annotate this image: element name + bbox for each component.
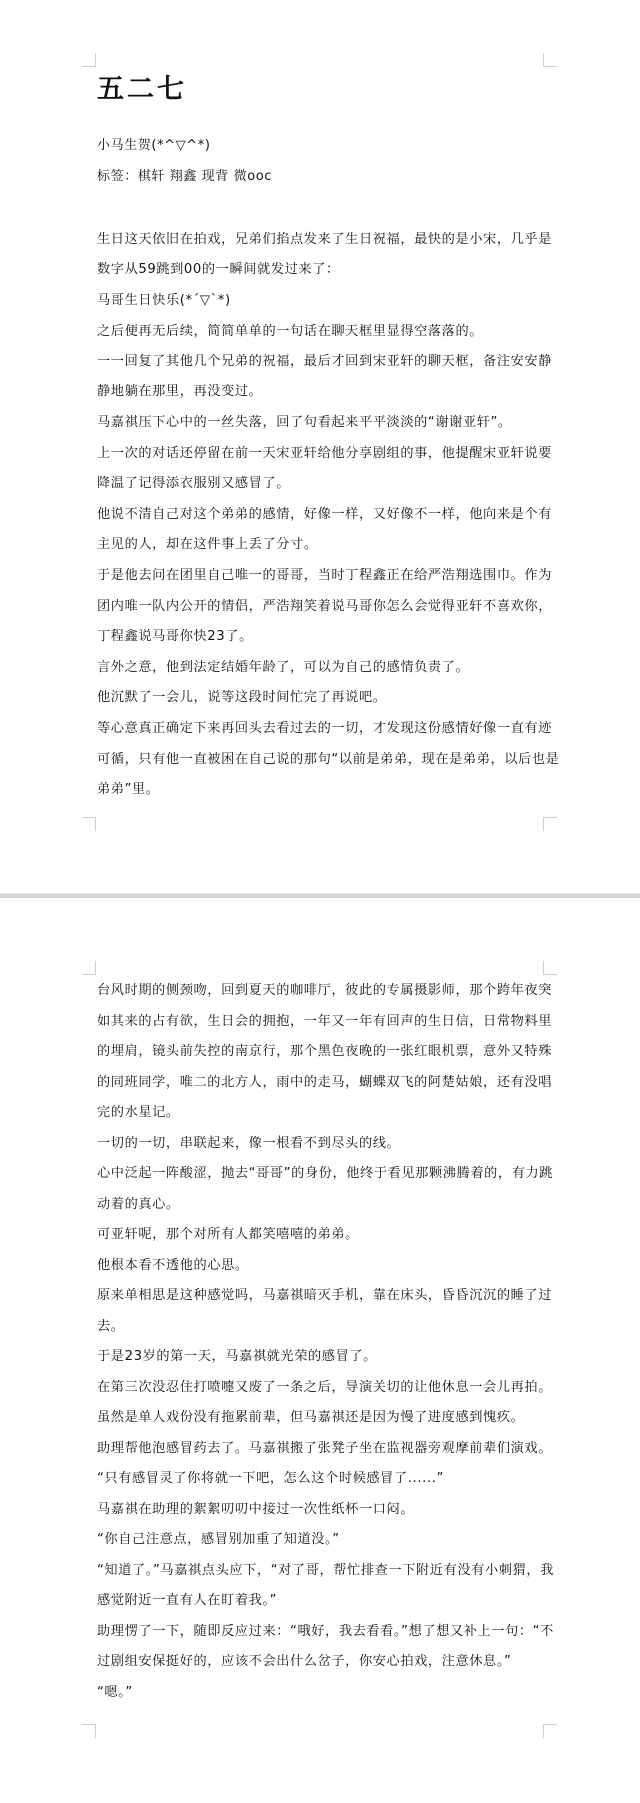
paragraph-line: 他根本看不透他的心思。: [97, 1256, 547, 1276]
page-corner-mark-bottom-left: [82, 1724, 96, 1738]
paragraph-line: 如其来的占有欲，生日会的拥抱，一年又一年有回声的生日信，日常物料里: [97, 1012, 547, 1032]
paragraph-line: 于是23岁的第一天，马嘉祺就光荣的感冒了。: [97, 1347, 547, 1367]
paragraph-line: 过剧组安保挺好的，应该不会出什么岔子，你安心拍戏，注意休息。”: [97, 1652, 547, 1672]
paragraph-line: 弟弟”里。: [97, 780, 547, 800]
paragraph-line: 言外之意，他到法定结婚年龄了，可以为自己的感情负责了。: [97, 658, 547, 678]
paragraph-line: 马嘉祺压下心中的一丝失落，回了句看起来平平淡淡的“谢谢亚轩”。: [97, 413, 547, 433]
paragraph-line: 去。: [97, 1317, 547, 1337]
paragraph-line: 等心意真正确定下来再回头去看过去的一切，才发现这份感情好像一直有迹: [97, 719, 547, 739]
page-corner-mark-bottom-right: [543, 1724, 557, 1738]
paragraph-line: 之后便再无后续，简简单单的一句话在聊天框里显得空落落的。: [97, 322, 547, 342]
paragraph-line: 感觉附近一直有人在盯着我。”: [97, 1591, 547, 1611]
paragraph-line: “只有感冒灵了你将就一下吧，怎么这个时候感冒了......”: [97, 1469, 547, 1489]
paragraph-line: 助理帮他泡感冒药去了。马嘉祺搬了张凳子坐在监视器旁观摩前辈们演戏。: [97, 1439, 547, 1459]
paragraph-line: 的埋肩，镜头前失控的南京行，那个黑色夜晚的一张红眼机票，意外又特殊: [97, 1042, 547, 1062]
paragraph-line: 虽然是单人戏份没有拖累前辈，但马嘉祺还是因为慢了进度感到愧疚。: [97, 1408, 547, 1428]
paragraph-line: 他说不清自己对这个弟弟的感情，好像一样，又好像不一样，他向来是个有: [97, 505, 547, 525]
document-page-1: 五二七 小马生贺(*^▽^*) 标签：棋轩 翔鑫 现背 微ooc 生日这天依旧在…: [0, 0, 640, 893]
paragraph-line: 可循，只有他一直被困在自己说的那句“以前是弟弟，现在是弟弟，以后也是: [97, 750, 547, 770]
paragraph-line: 上一次的对话还停留在前一天宋亚轩给他分享剧组的事，他提醒宋亚轩说要: [97, 444, 547, 464]
paragraph-line: 马哥生日快乐(*ˊ▽ˋ*): [97, 291, 547, 311]
paragraph-line: 心中泛起一阵酸涩，抛去“哥哥”的身份，他终于看见那颗沸腾着的，有力跳: [97, 1164, 547, 1184]
paragraph-line: 一一回复了其他几个兄弟的祝福，最后才回到宋亚轩的聊天框，备注安安静: [97, 352, 547, 372]
paragraph-line: 降温了记得添衣服别又感冒了。: [97, 474, 547, 494]
page-corner-mark-top-right: [543, 961, 557, 975]
page-corner-mark-top-left: [82, 961, 96, 975]
paragraph-line: “知道了。”马嘉祺点头应下，“对了哥，帮忙排查一下附近有没有小刺猬，我: [97, 1561, 547, 1581]
page-corner-mark-top-left: [82, 53, 96, 67]
paragraph-line: 主见的人，却在这件事上丢了分寸。: [97, 535, 547, 555]
paragraph-line: 他沉默了一会儿，说等这段时间忙完了再说吧。: [97, 688, 547, 708]
document-tags: 标签：棋轩 翔鑫 现背 微ooc: [97, 167, 547, 187]
paragraph-line: 动着的真心。: [97, 1195, 547, 1215]
paragraph-line: 生日这天依旧在拍戏，兄弟们掐点发来了生日祝福，最快的是小宋，几乎是: [97, 230, 547, 250]
paragraph-line: 完的水星记。: [97, 1103, 547, 1123]
paragraph-line: 一切的一切，串联起来，像一根看不到尽头的线。: [97, 1134, 547, 1154]
paragraph-line: 马嘉祺在助理的絮絮叨叨中接过一次性纸杯一口闷。: [97, 1500, 547, 1520]
paragraph-line: 原来单相思是这种感觉吗，马嘉祺暗灭手机，靠在床头，昏昏沉沉的睡了过: [97, 1286, 547, 1306]
document-page-2: 台风时期的侧颈吻，回到夏天的咖啡厅，彼此的专属摄影师，那个跨年夜突 如其来的占有…: [0, 898, 640, 1803]
document-subtitle: 小马生贺(*^▽^*): [97, 136, 547, 156]
paragraph-line: 团内唯一队内公开的情侣，严浩翔笑着说马哥你怎么会觉得亚轩不喜欢你，: [97, 597, 547, 617]
paragraph-line: 在第三次没忍住打喷嚏又废了一条之后，导演关切的让他休息一会儿再拍。: [97, 1378, 547, 1398]
paragraph-line: 于是他去问在团里自己唯一的哥哥，当时丁程鑫正在给严浩翔选围巾。作为: [97, 566, 547, 586]
page-corner-mark-top-right: [543, 53, 557, 67]
page-corner-mark-bottom-left: [82, 817, 96, 831]
paragraph-line: “嗯。”: [97, 1683, 547, 1703]
paragraph-line: 助理愣了一下，随即反应过来：“哦好，我去看看。”想了想又补上一句：“不: [97, 1622, 547, 1642]
paragraph-line: 丁程鑫说马哥你快23了。: [97, 627, 547, 647]
paragraph-line: 的同班同学，唯二的北方人，雨中的走马，蝴蝶双飞的阿楚姑娘，还有没唱: [97, 1073, 547, 1093]
paragraph-line: 数字从59跳到00的一瞬间就发过来了：: [97, 260, 547, 280]
page-corner-mark-bottom-right: [543, 817, 557, 831]
document-title: 五二七: [97, 72, 187, 108]
paragraph-line: 可亚轩呢，那个对所有人都笑嘻嘻的弟弟。: [97, 1225, 547, 1245]
paragraph-line: 台风时期的侧颈吻，回到夏天的咖啡厅，彼此的专属摄影师，那个跨年夜突: [97, 981, 547, 1001]
paragraph-line: “你自己注意点，感冒别加重了知道没。”: [97, 1530, 547, 1550]
paragraph-line: 静地躺在那里，再没变过。: [97, 382, 547, 402]
